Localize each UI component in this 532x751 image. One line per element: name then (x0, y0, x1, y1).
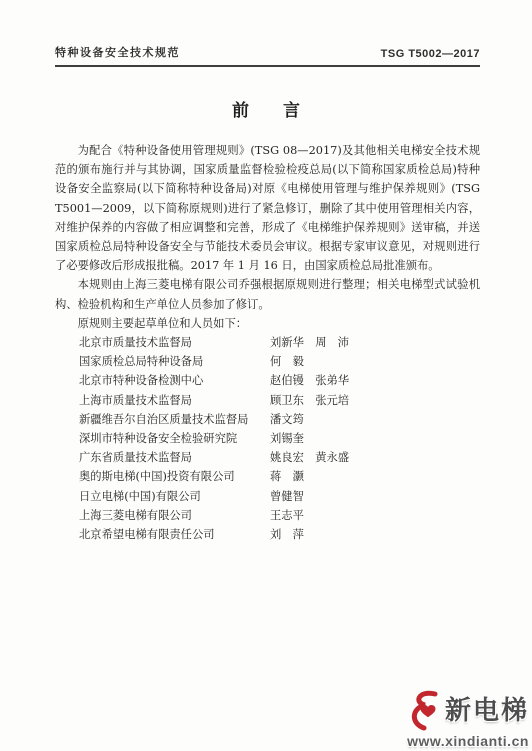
drafter-row: 日立电梯(中国)有限公司 曾健智 (79, 487, 480, 506)
watermark: 新电梯 www.xindianti.cn (407, 689, 529, 748)
drafter-names: 刘 萍 (270, 525, 480, 544)
page-header: 特种设备安全技术规范 TSG T5002—2017 (55, 44, 480, 67)
drafter-row: 国家质检总局特种设备局 何 毅 (79, 352, 480, 371)
document-page: 特种设备安全技术规范 TSG T5002—2017 前 言 为配合《特种设备使用… (0, 0, 532, 751)
drafter-row: 上海市质量技术监督局 顾卫东 张元培 (79, 391, 480, 410)
document-body: 为配合《特种设备使用管理规则》(TSG 08—2017)及其他相关电梯安全技术规… (55, 141, 480, 544)
drafter-org: 深圳市特种设备安全检验研究院 (79, 429, 270, 448)
paragraph-revision: 本规则由上海三菱电梯有限公司乔强根据原规则进行整理；相关电梯型式试验机构、检验机… (55, 275, 480, 313)
header-doc-number: TSG T5002—2017 (381, 48, 480, 60)
drafter-names: 顾卫东 张元培 (270, 391, 480, 410)
watermark-brand-text: 新电梯 (445, 697, 529, 723)
drafter-org: 北京市特种设备检测中心 (79, 371, 270, 390)
drafter-row: 广东省质量技术监督局 姚良宏 黄永盛 (79, 448, 480, 467)
paragraph-drafters-heading: 原规则主要起草单位和人员如下： (55, 314, 480, 333)
drafter-row: 北京市质量技术监督局 刘新华 周 沛 (79, 333, 480, 352)
drafters-list: 北京市质量技术监督局 刘新华 周 沛 国家质检总局特种设备局 何 毅 北京市特种… (55, 333, 480, 544)
drafter-org: 上海市质量技术监督局 (79, 391, 270, 410)
drafter-row: 北京希望电梯有限责任公司 刘 萍 (79, 525, 480, 544)
watermark-url: www.xindianti.cn (407, 734, 529, 748)
xindianti-logo-icon (407, 689, 443, 731)
header-spec-label: 特种设备安全技术规范 (55, 44, 180, 60)
watermark-brand-row: 新电梯 (407, 689, 529, 731)
drafter-names: 曾健智 (270, 487, 480, 506)
drafter-names: 何 毅 (270, 352, 480, 371)
drafter-org: 日立电梯(中国)有限公司 (79, 487, 270, 506)
drafter-row: 奥的斯电梯(中国)投资有限公司 蒋 灏 (79, 467, 480, 486)
drafter-org: 国家质检总局特种设备局 (79, 352, 270, 371)
drafter-row: 上海三菱电梯有限公司 王志平 (79, 506, 480, 525)
drafter-names: 王志平 (270, 506, 480, 525)
drafter-org: 上海三菱电梯有限公司 (79, 506, 270, 525)
drafter-names: 姚良宏 黄永盛 (270, 448, 480, 467)
drafter-names: 刘锡奎 (270, 429, 480, 448)
drafter-org: 奥的斯电梯(中国)投资有限公司 (79, 467, 270, 486)
drafter-org: 新疆维吾尔自治区质量技术监督局 (79, 410, 270, 429)
drafter-org: 北京市质量技术监督局 (79, 333, 270, 352)
drafter-row: 深圳市特种设备安全检验研究院 刘锡奎 (79, 429, 480, 448)
drafter-org: 北京希望电梯有限责任公司 (79, 525, 270, 544)
paragraph-intro: 为配合《特种设备使用管理规则》(TSG 08—2017)及其他相关电梯安全技术规… (55, 141, 480, 275)
drafter-names: 刘新华 周 沛 (270, 333, 480, 352)
drafter-names: 蒋 灏 (270, 467, 480, 486)
drafter-row: 新疆维吾尔自治区质量技术监督局 潘文筠 (79, 410, 480, 429)
drafter-org: 广东省质量技术监督局 (79, 448, 270, 467)
drafter-row: 北京市特种设备检测中心 赵伯镘 张弟华 (79, 371, 480, 390)
drafter-names: 潘文筠 (270, 410, 480, 429)
page-title: 前 言 (0, 96, 532, 121)
drafter-names: 赵伯镘 张弟华 (270, 371, 480, 390)
